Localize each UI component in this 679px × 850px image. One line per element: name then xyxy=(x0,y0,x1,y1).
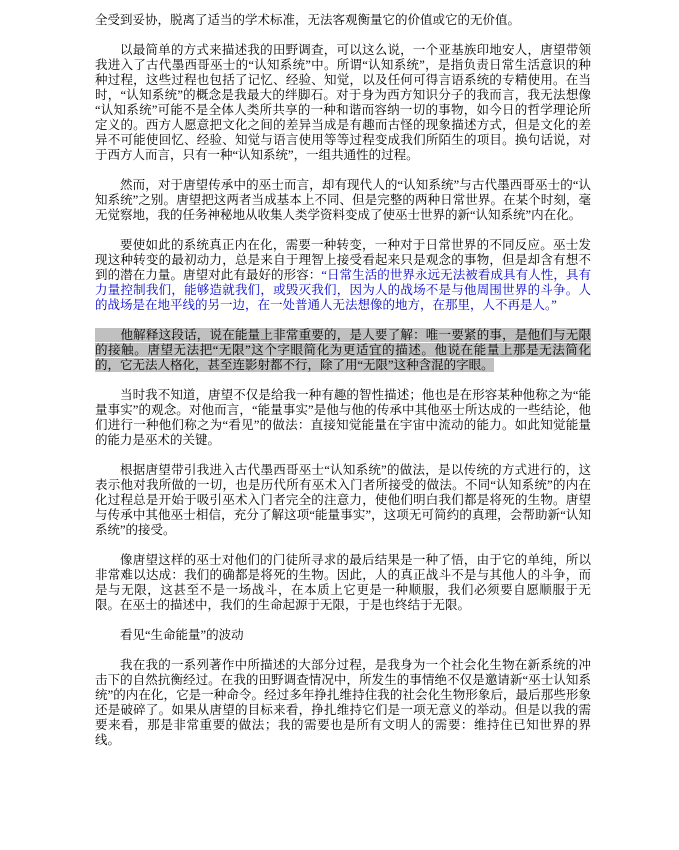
paragraph-surrender-to-infinity: 像唐望这样的巫士对他们的门徒所寻求的最后结果是一种了悟，由于它的单纯，所以非常难… xyxy=(95,553,591,613)
highlighted-text: 他解释这段话，说在能量上非常重要的，是人要了解：唯一要紧的事，是他们与无限的接触… xyxy=(95,328,591,372)
paragraph-traditional-way: 根据唐望带引我进入古代墨西哥巫士“认知系统”的做法，是以传统的方式进行的，这表示… xyxy=(95,463,591,538)
paragraph-continuation: 全受到妥协，脱离了适当的学术标准，无法客观衡量它的价值或它的无价值。 xyxy=(95,13,591,28)
paragraph-energetic-fact: 当时我不知道，唐望不仅是给我一种有趣的智性描述；他也是在形容某种他称之为“能量事… xyxy=(95,388,591,448)
highlighted-paragraph: 他解释这段话，说在能量上非常重要的，是人要了解：唯一要紧的事，是他们与无限的接触… xyxy=(95,328,591,373)
section-heading: 看见“生命能量”的波动 xyxy=(95,628,591,643)
paragraph-fieldwork-intro: 以最简单的方式来描述我的田野调查，可以这么说，一个亚基族印地安人，唐望带领我进入… xyxy=(95,43,591,163)
paragraph-with-quote: 要使如此的系统真正内在化，需要一种转变，一种对于日常世界的不同反应。巫士发现这种… xyxy=(95,238,591,313)
paragraph-two-cognitive-systems: 然而，对于唐望传承中的巫士而言，却有现代人的“认知系统”与古代墨西哥巫士的“认知… xyxy=(95,178,591,223)
paragraph-closing: 我在我的一系列著作中所描述的大部分过程，是我身为一个社会化生物在新系统的冲击下的… xyxy=(95,658,591,748)
document-page: 全受到妥协，脱离了适当的学术标准，无法客观衡量它的价值或它的无价值。 以最简单的… xyxy=(0,0,679,850)
